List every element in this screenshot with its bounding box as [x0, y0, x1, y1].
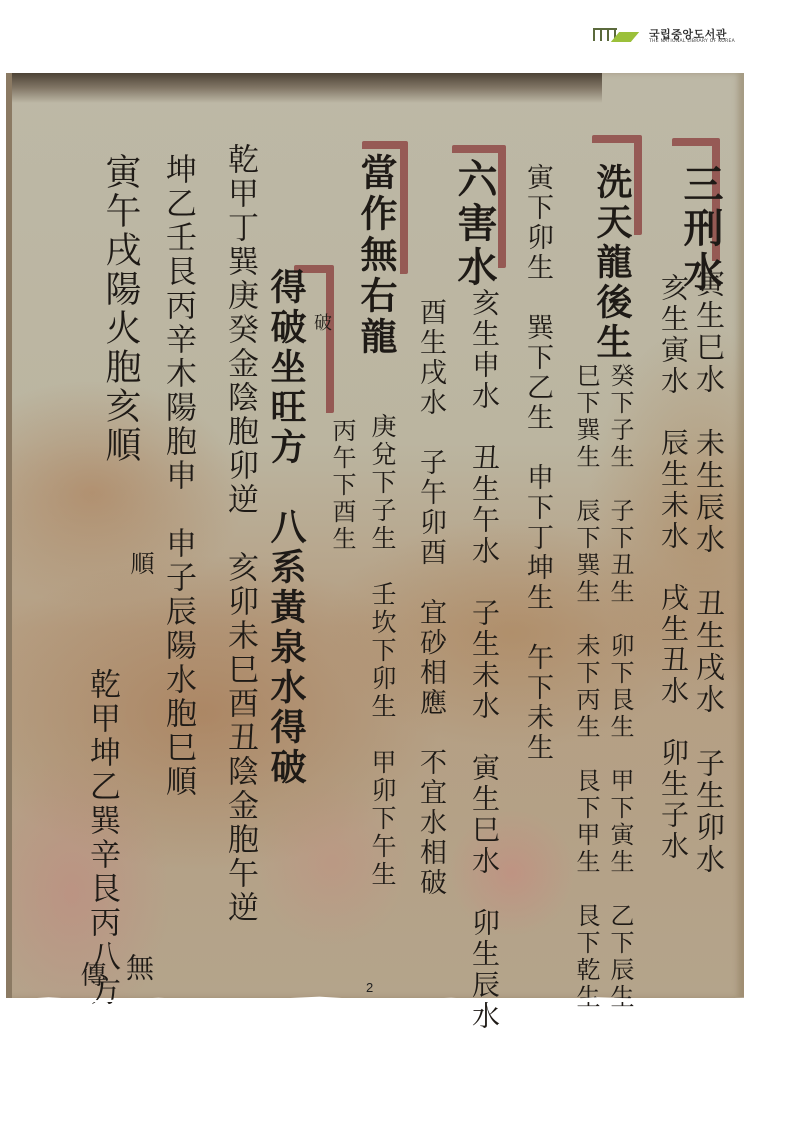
text-column: 癸下子生 子下丑生 卯下艮生 甲下寅生 乙下辰生: [608, 363, 632, 1011]
text-column: 寅下卯生 巽下乙生 申下丁坤生 午下未生: [524, 163, 551, 763]
text-column: 亥生寅水 辰生未水 戌生丑水 卯生子水: [659, 273, 687, 862]
page-bottom-tear: [12, 996, 744, 1002]
text-column: 傳: [78, 961, 104, 990]
text-column: 酉生戌水 子午卯酉 宜砂相應 不宜水相破: [417, 298, 444, 898]
text-column: 無: [124, 953, 152, 984]
text-column-annotation: 順: [128, 551, 152, 577]
text-column: 寅午戌陽火胞亥順: [102, 153, 138, 465]
text-column: 巳下巽生 辰下巽生 未下丙生 艮下甲生 艮下乾生: [574, 363, 598, 1011]
text-column: 坤乙壬艮丙辛木陽胞申 申子辰陽水胞巳順: [162, 153, 193, 799]
text-column-annotation: 破: [312, 313, 330, 333]
page-number: 2: [366, 980, 373, 995]
text-column: 乾甲坤乙巽辛艮丙八方: [86, 668, 117, 1008]
text-column: 六害水: [454, 158, 494, 290]
library-name-english: The National Library of Korea: [649, 39, 735, 44]
page-top-edge-damage: [12, 73, 602, 103]
library-logo: 국립중앙도서관 The National Library of Korea: [593, 26, 733, 48]
text-column: 亥生申水 丑生午水 子生未水 寅生巳水 卯生辰水: [470, 288, 498, 1032]
text-column: 當作無右龍: [357, 153, 394, 358]
manuscript-page: 三刑水 寅生巳水 未生辰水 丑生戌水 子生卯水 亥生寅水 辰生未水 戌生丑水 卯…: [6, 73, 744, 998]
text-column: 洗天龍後生: [594, 163, 630, 363]
text-column: 寅生巳水 未生辰水 丑生戌水 子生卯水: [694, 268, 723, 876]
text-column: 乾甲丁巽庚癸金陰胞卯逆 亥卯未巳酉丑陰金胞午逆: [224, 143, 255, 925]
text-column: 庚兌下子生 壬坎下卯生 甲卯下午生: [370, 413, 395, 889]
text-column: 得破坐旺方 八系黃泉水得破: [268, 268, 304, 788]
text-column: 丙午下酉生: [330, 418, 354, 553]
